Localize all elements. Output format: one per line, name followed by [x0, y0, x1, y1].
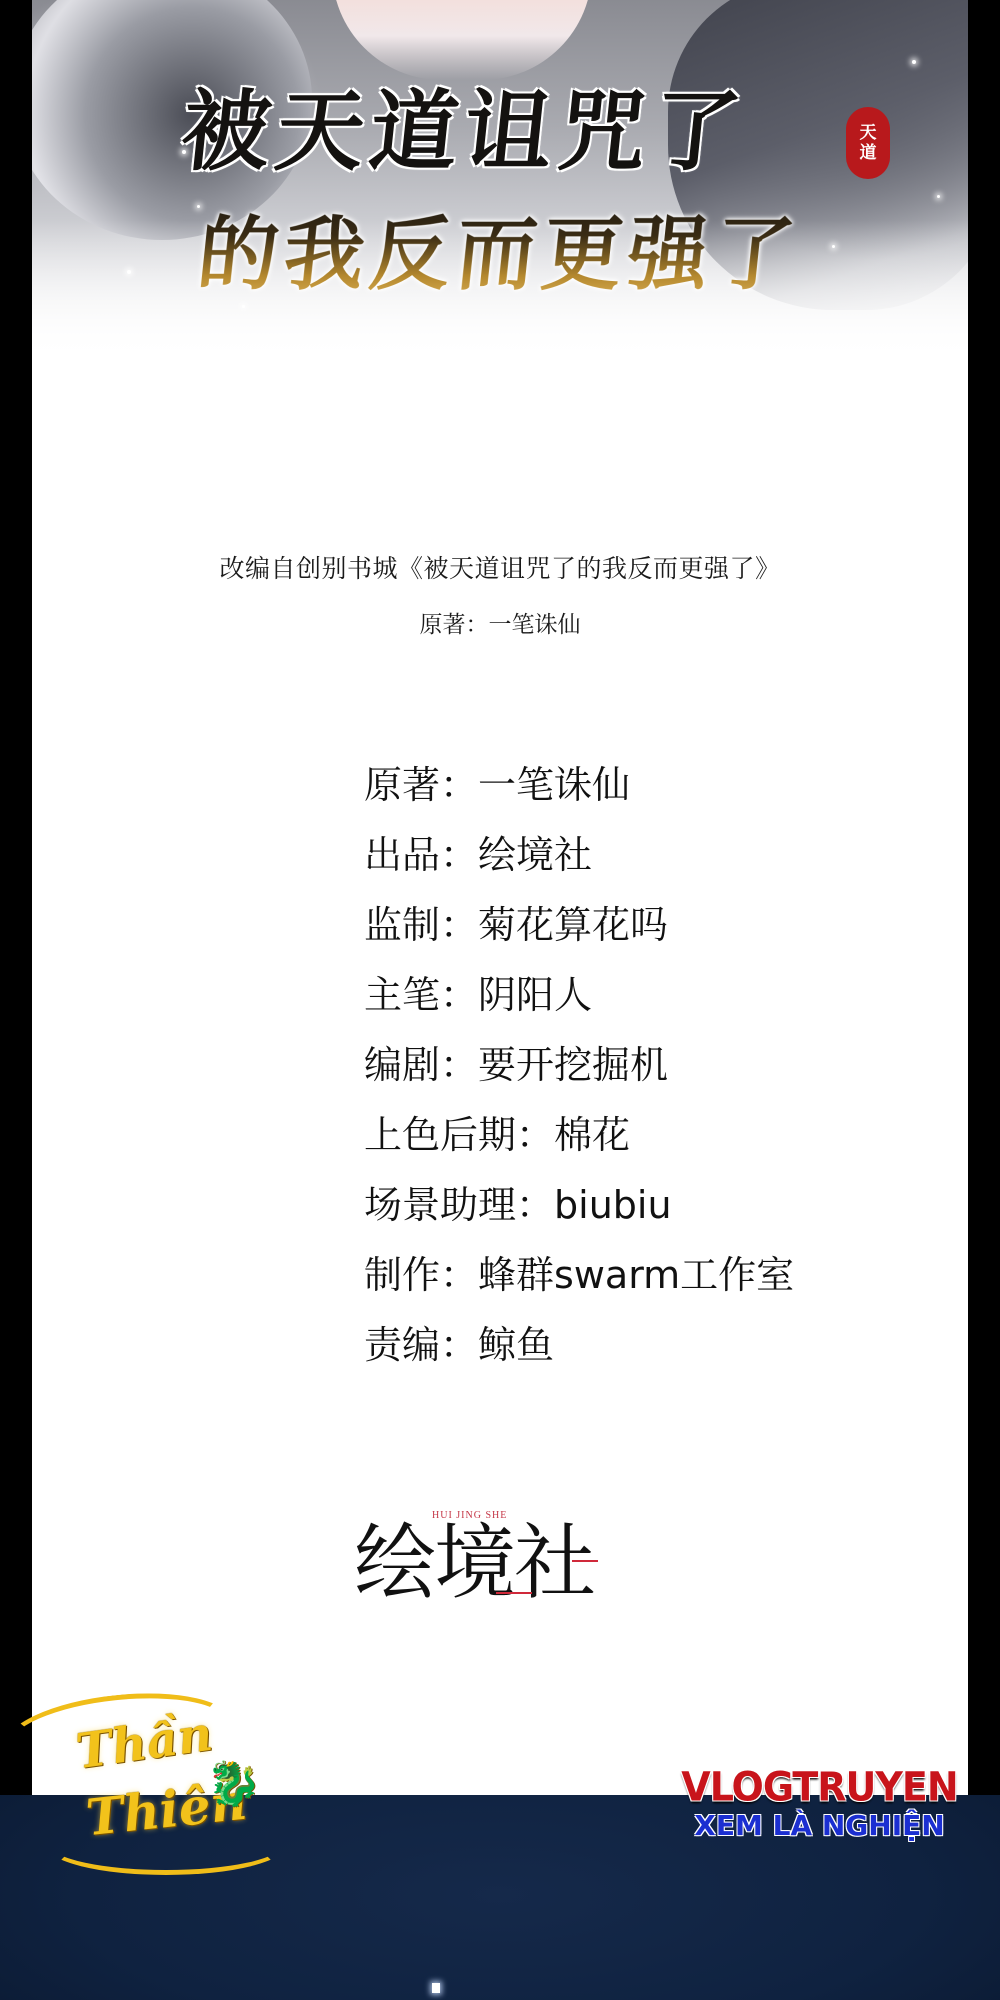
- credit-row-production: 制作：蜂群swarm工作室: [364, 1248, 794, 1318]
- credit-role: 主笔: [364, 968, 440, 1022]
- logo-accent-stroke: [496, 1592, 532, 1594]
- credit-role: 上色后期: [364, 1108, 516, 1162]
- credit-row-colorist: 上色后期：棉花: [364, 1108, 794, 1178]
- credit-row-lead-artist: 主笔：阴阳人: [364, 968, 794, 1038]
- credit-row-original-author: 原著：一笔诛仙: [364, 758, 794, 828]
- dragon-icon: 🐉: [202, 1753, 265, 1814]
- credit-separator: ：: [440, 1038, 478, 1092]
- credit-separator: ：: [440, 968, 478, 1022]
- original-author: 原著：一笔诛仙: [32, 606, 968, 639]
- credit-role: 场景助理: [364, 1178, 516, 1232]
- credit-role: 编剧: [364, 1038, 440, 1092]
- watermark-vlogtruyen: VLOGTRUYEN XEM LÀ NGHIỆN: [652, 1765, 987, 1855]
- credit-separator: ：: [440, 828, 478, 882]
- credit-name: 一笔诛仙: [478, 758, 630, 812]
- adaptation-source: 改编自创别书城《被天道诅咒了的我反而更强了》: [32, 549, 968, 585]
- credit-name: 棉花: [554, 1108, 630, 1162]
- credit-row-editor: 责编：鲸鱼: [364, 1318, 794, 1388]
- credit-name: 菊花算花吗: [478, 898, 668, 952]
- credit-name: 鲸鱼: [478, 1318, 554, 1372]
- credit-separator: ：: [516, 1178, 554, 1232]
- credits-list: 原著：一笔诛仙 出品：绘境社 监制：菊花算花吗 主笔：阴阳人 编剧：要开挖掘机 …: [364, 758, 794, 1388]
- comic-title-line-1: 被天道诅咒了: [32, 62, 968, 188]
- comic-page: 被天道诅咒了 的我反而更强了 天 道 改编自创别书城《被天道诅咒了的我反而更强了…: [32, 0, 968, 1795]
- logo-accent-stroke: [572, 1560, 598, 1562]
- publisher-logo-chinese: 绘境社: [354, 1514, 594, 1614]
- credit-separator: ：: [440, 1248, 478, 1302]
- credit-name: biubiu: [554, 1178, 672, 1232]
- credit-row-scene-assistant: 场景助理：biubiu: [364, 1178, 794, 1248]
- credit-separator: ：: [440, 758, 478, 812]
- watermark-than-thien: Thần Thiên 🐉: [6, 1695, 306, 1865]
- credit-name: 蜂群swarm工作室: [478, 1248, 794, 1302]
- credit-name: 绘境社: [478, 828, 592, 882]
- credit-separator: ：: [516, 1108, 554, 1162]
- credit-role: 责编: [364, 1318, 440, 1372]
- seal-char-1: 天: [860, 123, 877, 143]
- watermark-tagline: XEM LÀ NGHIỆN: [652, 1809, 987, 1843]
- credit-separator: ：: [440, 1318, 478, 1372]
- credit-row-producer: 出品：绘境社: [364, 828, 794, 898]
- credit-separator: ：: [440, 898, 478, 952]
- publisher-logo: HUI JING SHE 绘境社: [354, 1500, 654, 1630]
- credit-role: 出品: [364, 828, 440, 882]
- credit-row-screenwriter: 编剧：要开挖掘机: [364, 1038, 794, 1108]
- credit-role: 监制: [364, 898, 440, 952]
- comic-title-line-2: 的我反而更强了: [32, 190, 968, 305]
- sparkle-icon: [242, 305, 245, 308]
- seal-char-2: 道: [860, 143, 877, 163]
- red-seal-stamp: 天 道: [846, 107, 890, 179]
- credit-name: 要开挖掘机: [478, 1038, 668, 1092]
- credit-role: 制作: [364, 1248, 440, 1302]
- watermark-brand: VLOGTRUYEN: [652, 1764, 987, 1810]
- sparkle-icon: [432, 1983, 440, 1993]
- credit-role: 原著: [364, 758, 440, 812]
- credit-name: 阴阳人: [478, 968, 592, 1022]
- credit-row-supervisor: 监制：菊花算花吗: [364, 898, 794, 968]
- title-banner: 被天道诅咒了 的我反而更强了 天 道: [32, 0, 968, 360]
